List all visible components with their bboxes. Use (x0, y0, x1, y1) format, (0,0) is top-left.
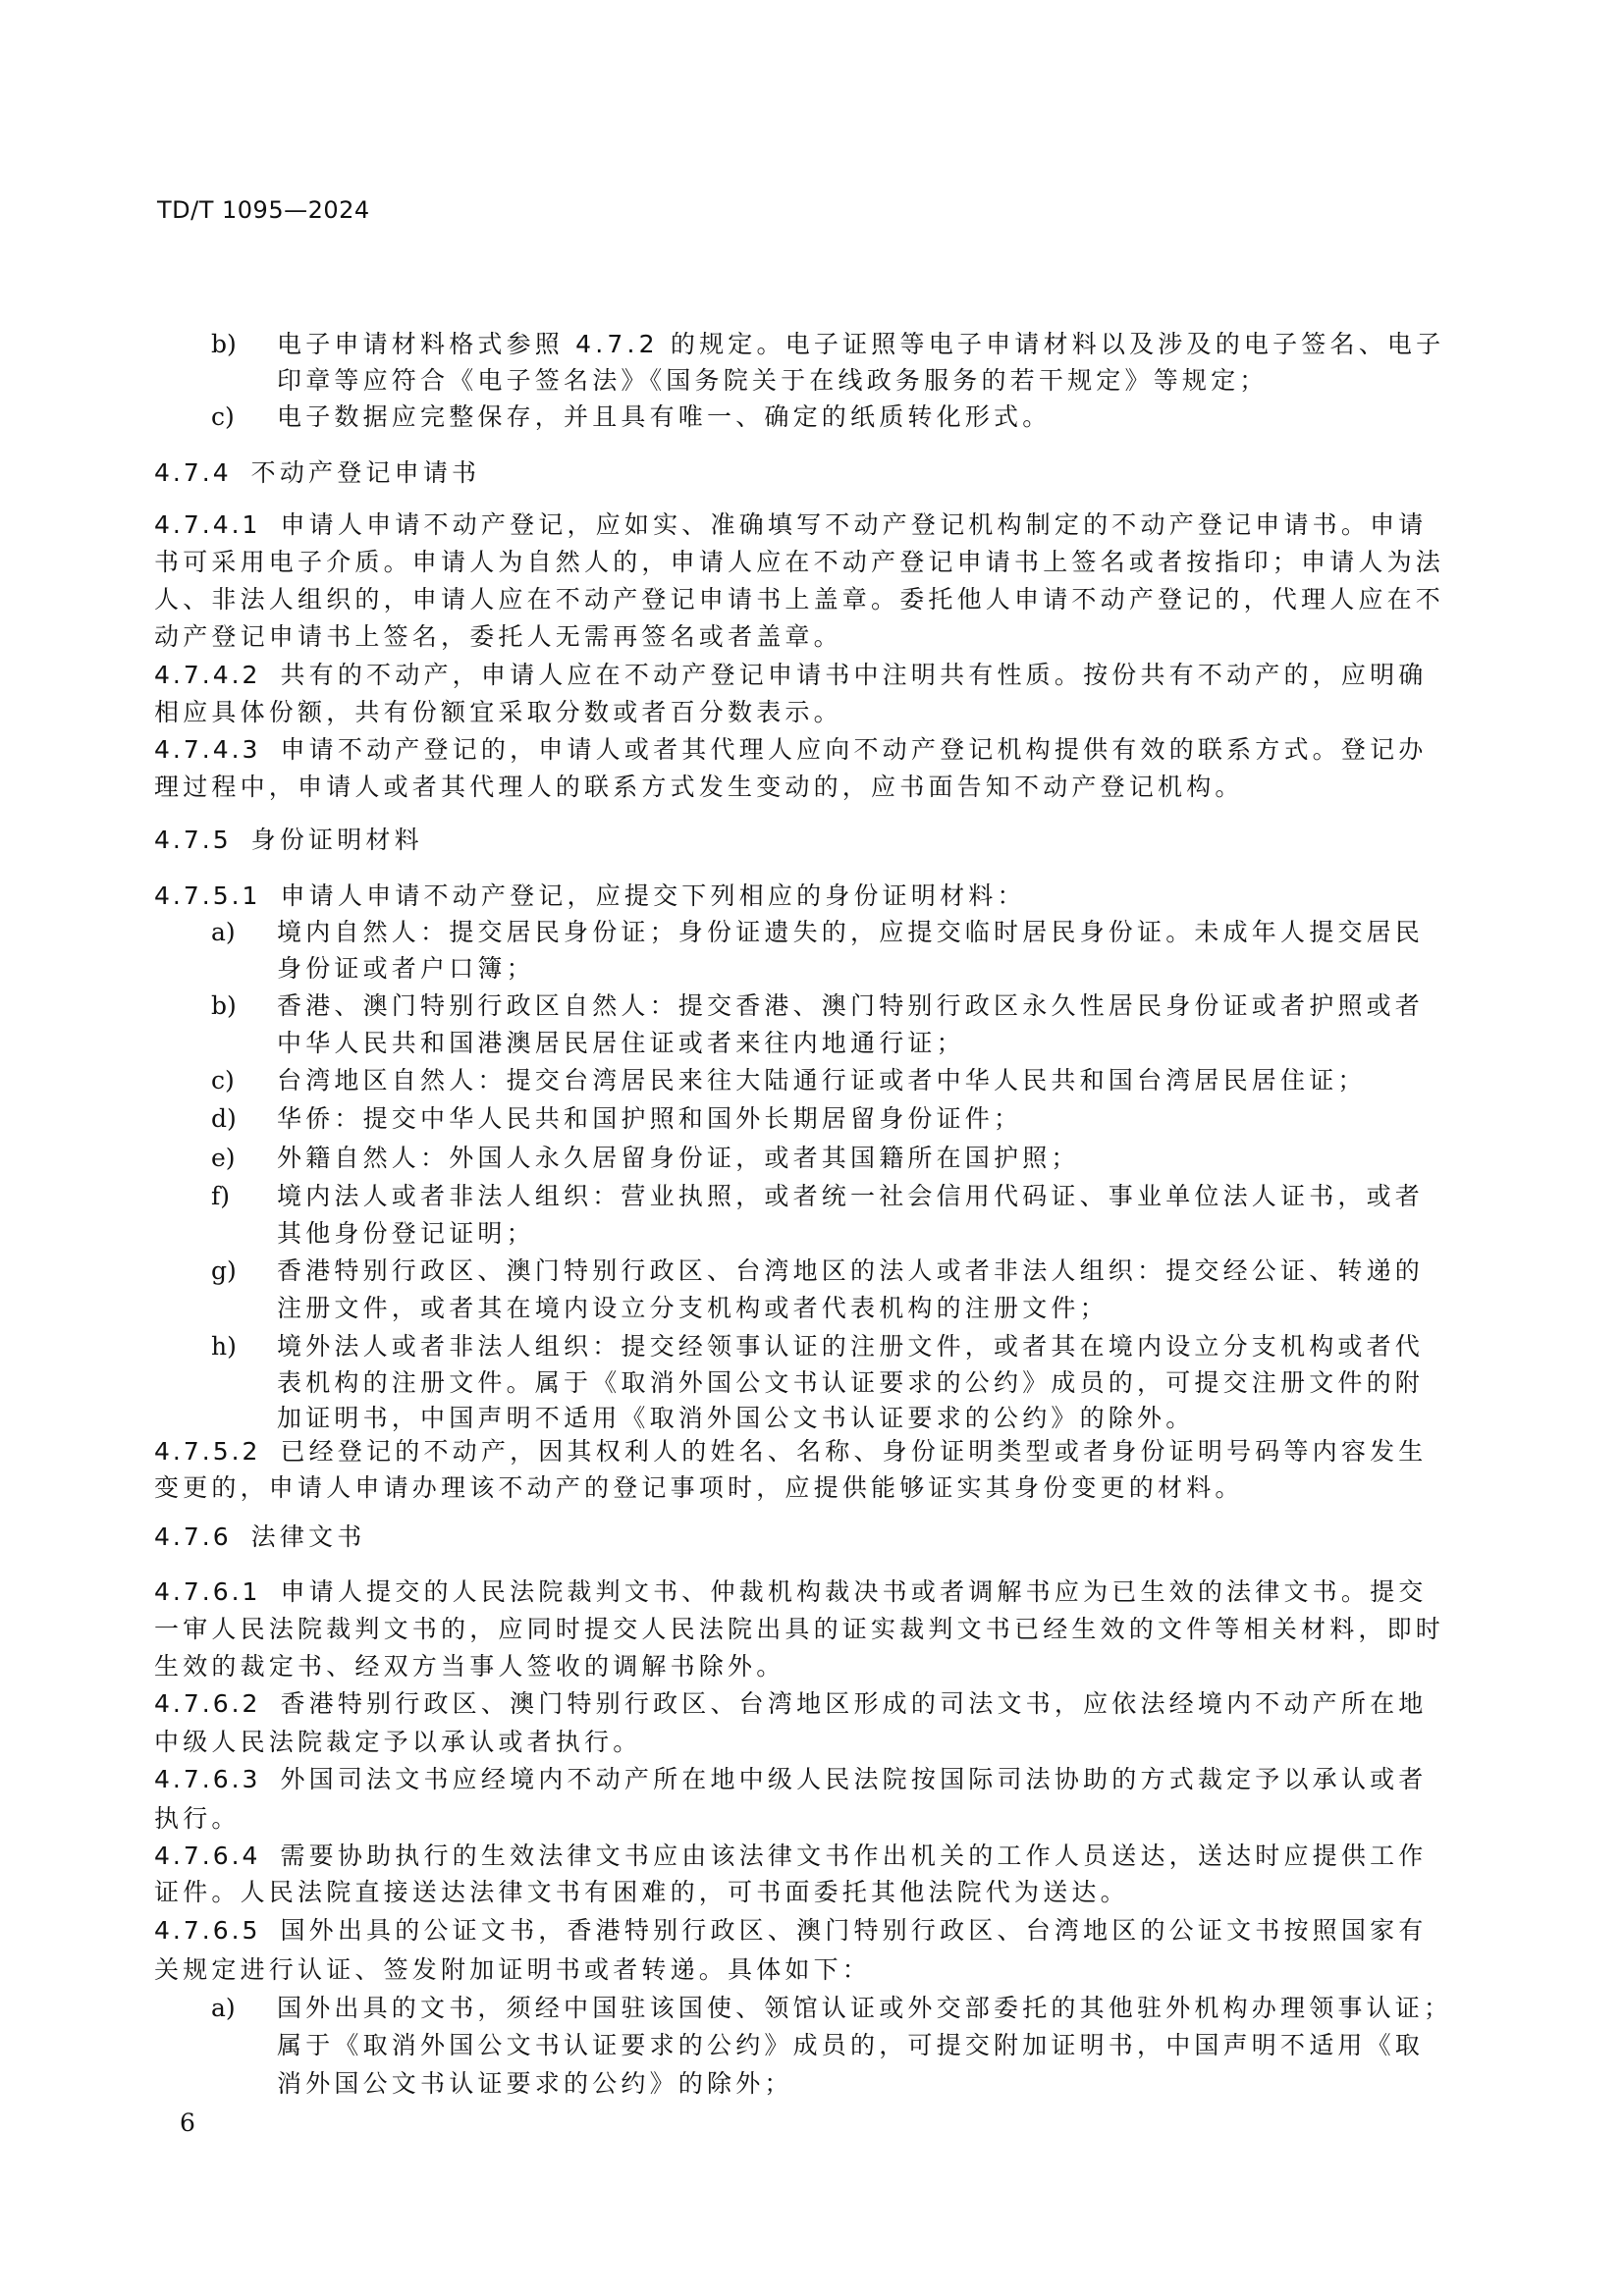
list-item-line: 电子申请材料格式参照 4.7.2 的规定。电子证照等电子申请材料以及涉及的电子签… (277, 330, 1444, 359)
list-item-line: 印章等应符合《电子签名法》《国务院关于在线政务服务的若干规定》等规定； (277, 366, 1269, 396)
list-marker: f) (211, 1182, 230, 1211)
clause-4-7-4-3: 4.7.4.3申请不动产登记的，申请人或者其代理人应向不动产登记机构提供有效的联… (154, 735, 1427, 765)
paragraph-line: 执行。 (154, 1804, 241, 1834)
paragraph-line: 动产登记申请书上签名，委托人无需再签名或者盖章。 (154, 622, 842, 652)
list-marker: d) (211, 1104, 237, 1134)
clause-4-7-6-3: 4.7.6.3外国司法文书应经境内不动产所在地中级人民法院按国际司法协助的方式裁… (154, 1765, 1427, 1794)
clause-4-7-5-2: 4.7.5.2已经登记的不动产，因其权利人的姓名、名称、身份证明类型或者身份证明… (154, 1437, 1427, 1467)
list-item-line: 消外国公文书认证要求的公约》的除外； (277, 2069, 793, 2099)
clause-4-7-5-1: 4.7.5.1申请人申请不动产登记，应提交下列相应的身份证明材料： (154, 881, 1026, 911)
list-item-line: 国外出具的文书，须经中国驻该国使、领馆认证或外交部委托的其他驻外机构办理领事认证… (277, 1994, 1452, 2023)
list-marker: c) (211, 402, 235, 432)
paragraph-line: 变更的，申请人申请办理该不动产的登记事项时，应提供能够证实其身份变更的材料。 (154, 1473, 1244, 1503)
list-marker: g) (211, 1256, 237, 1286)
paragraph-line: 证件。人民法院直接送达法律文书有困难的，可书面委托其他法院代为送达。 (154, 1878, 1129, 1907)
list-marker: a) (211, 918, 236, 947)
section-heading-4-7-5: 4.7.5身份证明材料 (154, 826, 423, 855)
list-marker: a) (211, 1994, 236, 2023)
list-marker: b) (211, 330, 237, 359)
paragraph-line: 人、非法人组织的，申请人应在不动产登记申请书上盖章。委托他人申请不动产登记的，代… (154, 585, 1444, 614)
list-item-line: 台湾地区自然人：提交台湾居民来往大陆通行证或者中华人民共和国台湾居民居住证； (277, 1066, 1367, 1095)
list-item-line: 加证明书，中国声明不适用《取消外国公文书认证要求的公约》的除外。 (277, 1404, 1194, 1433)
paragraph-line: 相应具体份额，共有份额宜采取分数或者百分数表示。 (154, 698, 842, 727)
section-heading-4-7-6: 4.7.6法律文书 (154, 1522, 365, 1552)
paragraph-line: 关规定进行认证、签发附加证明书或者转递。具体如下： (154, 1955, 871, 1985)
list-item-line: 境内自然人：提交居民身份证；身份证遗失的，应提交临时居民身份证。未成年人提交居民 (277, 918, 1424, 947)
list-item-line: 香港、澳门特别行政区自然人：提交香港、澳门特别行政区永久性居民身份证或者护照或者 (277, 991, 1424, 1021)
list-item-line: 中华人民共和国港澳居民居住证或者来往内地通行证； (277, 1029, 965, 1058)
clause-4-7-6-1: 4.7.6.1申请人提交的人民法院裁判文书、仲裁机构裁决书或者调解书应为已生效的… (154, 1577, 1427, 1607)
clause-4-7-4-1: 4.7.4.1申请人申请不动产登记，应如实、准确填写不动产登记机构制定的不动产登… (154, 510, 1427, 540)
paragraph-line: 生效的裁定书、经双方当事人签收的调解书除外。 (154, 1652, 785, 1682)
clause-4-7-6-2: 4.7.6.2香港特别行政区、澳门特别行政区、台湾地区形成的司法文书，应依法经境… (154, 1689, 1427, 1719)
list-item-line: 境内法人或者非法人组织：营业执照，或者统一社会信用代码证、事业单位法人证书，或者 (277, 1182, 1424, 1211)
list-item-line: 电子数据应完整保存，并且具有唯一、确定的纸质转化形式。 (277, 402, 1051, 432)
page-number: 6 (180, 2109, 195, 2137)
paragraph-line: 一审人民法院裁判文书的，应同时提交人民法院出具的证实裁判文书已经生效的文件等相关… (154, 1615, 1444, 1644)
paragraph-line: 书可采用电子介质。申请人为自然人的，申请人应在不动产登记申请书上签名或者按指印；… (154, 548, 1444, 577)
list-item-line: 香港特别行政区、澳门特别行政区、台湾地区的法人或者非法人组织：提交经公证、转递的 (277, 1256, 1424, 1286)
list-item-line: 表机构的注册文件。属于《取消外国公文书认证要求的公约》成员的，可提交注册文件的附 (277, 1368, 1424, 1398)
standard-code-header: TD/T 1095—2024 (157, 196, 370, 224)
list-item-line: 注册文件，或者其在境内设立分支机构或者代表机构的注册文件； (277, 1294, 1109, 1323)
list-marker: c) (211, 1066, 235, 1095)
clause-4-7-6-4: 4.7.6.4需要协助执行的生效法律文书应由该法律文书作出机关的工作人员送达，送… (154, 1842, 1427, 1871)
list-item-line: 境外法人或者非法人组织：提交经领事认证的注册文件，或者其在境内设立分支机构或者代 (277, 1332, 1424, 1362)
list-item-line: 其他身份登记证明； (277, 1219, 535, 1249)
list-item-line: 属于《取消外国公文书认证要求的公约》成员的，可提交附加证明书，中国声明不适用《取 (277, 2031, 1424, 2060)
list-marker: b) (211, 991, 237, 1021)
list-item-line: 华侨：提交中华人民共和国护照和国外长期居留身份证件； (277, 1104, 1022, 1134)
list-item-line: 身份证或者户口簿； (277, 954, 535, 984)
list-marker: h) (211, 1332, 237, 1362)
clause-4-7-6-5: 4.7.6.5国外出具的公证文书，香港特别行政区、澳门特别行政区、台湾地区的公证… (154, 1916, 1427, 1946)
paragraph-line: 中级人民法院裁定予以承认或者执行。 (154, 1728, 641, 1757)
list-item-line: 外籍自然人：外国人永久居留身份证，或者其国籍所在国护照； (277, 1144, 1080, 1173)
clause-4-7-4-2: 4.7.4.2共有的不动产，申请人应在不动产登记申请书中注明共有性质。按份共有不… (154, 661, 1427, 690)
section-heading-4-7-4: 4.7.4不动产登记申请书 (154, 458, 480, 488)
list-marker: e) (211, 1144, 236, 1173)
paragraph-line: 理过程中，申请人或者其代理人的联系方式发生变动的，应书面告知不动产登记机构。 (154, 773, 1244, 802)
